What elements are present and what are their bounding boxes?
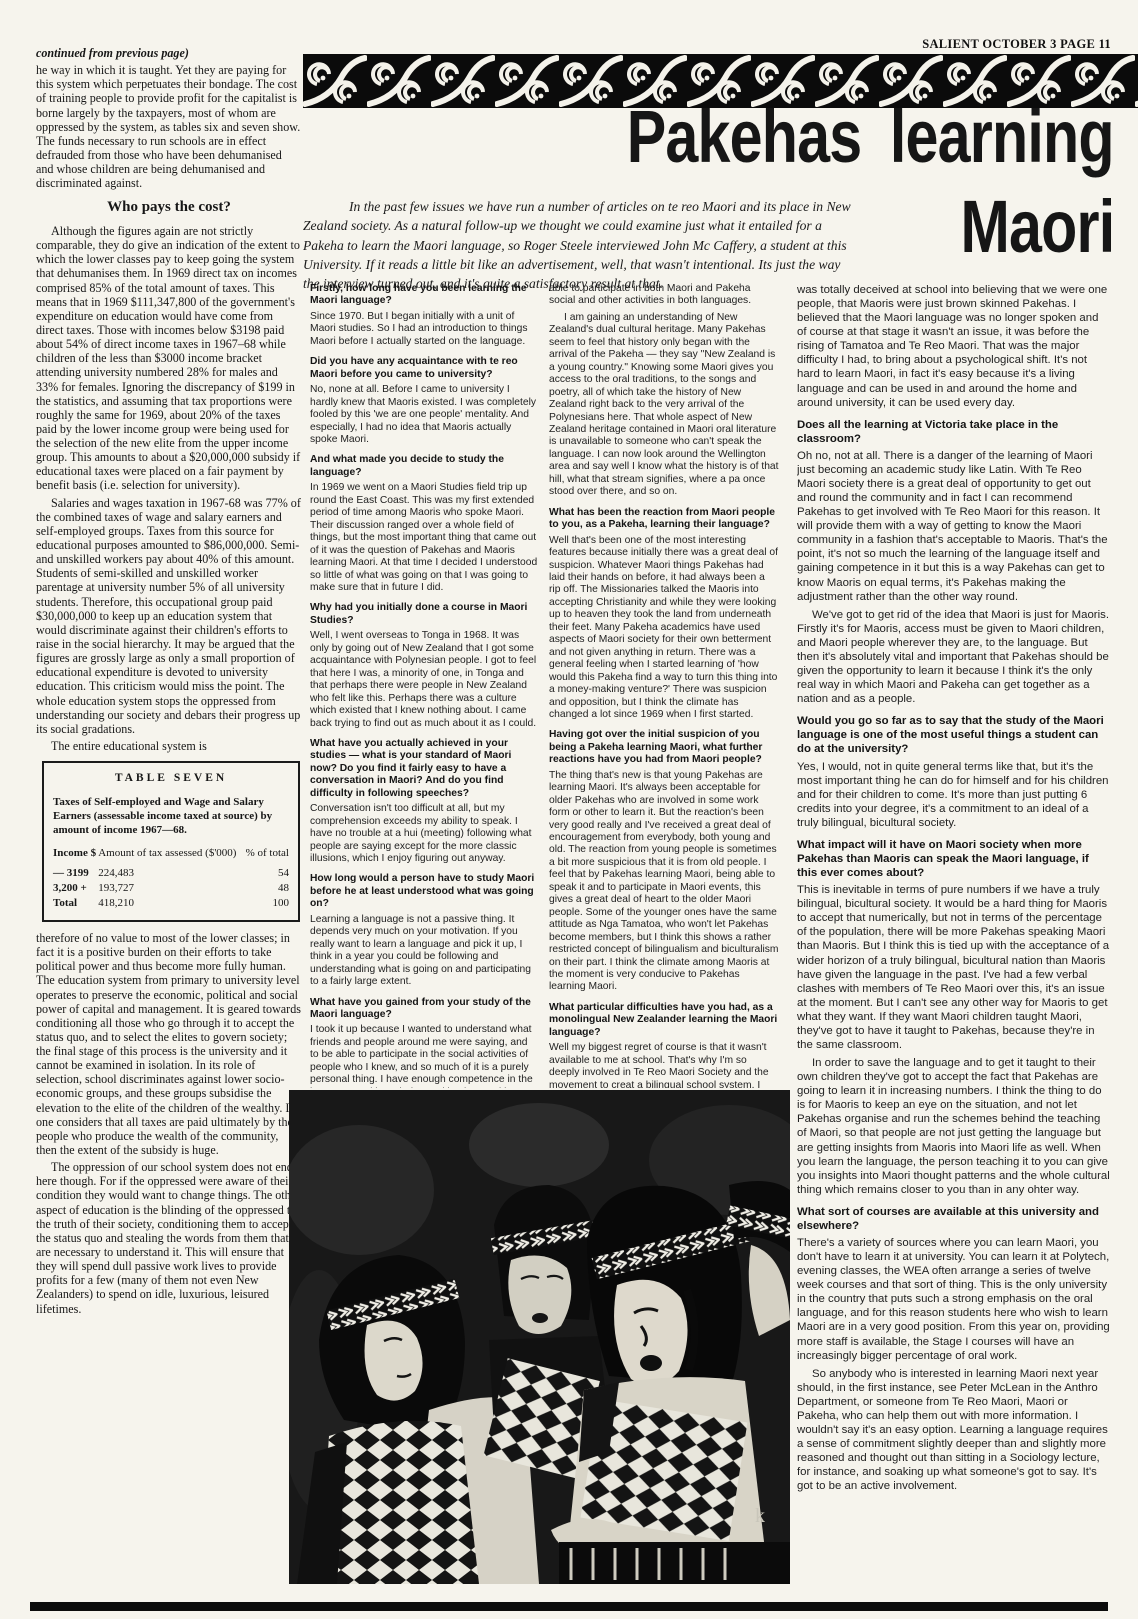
answer-text: I am gaining an understanding of New Zea… [549,312,779,499]
answer-text: In 1969 we went on a Maori Studies field… [310,482,538,594]
answer-text: Yes, I would, not in quite general terms… [797,760,1110,830]
answer-text: I took it up because I wanted to underst… [310,1024,538,1088]
table-cell: — 3199 [53,866,98,881]
left-paragraph: he way in which it is taught. Yet they a… [36,63,302,190]
table-header-cell: Income $ [53,847,98,867]
question-text: Did you have any acquaintance with te re… [310,356,538,381]
question-text: Having got over the initial suspicion of… [549,729,779,766]
table-cell: 193,727 [98,881,243,896]
answer-text: Oh no, not at all. There is a danger of … [797,449,1110,604]
headline-line2: Maori [960,190,1114,264]
answer-text: able to participate in both Maori and Pa… [549,283,779,308]
answer-text: Since 1970. But I began initially with a… [310,311,538,348]
question-text: What impact will it have on Maori societ… [797,838,1110,880]
answer-text: We've got to get rid of the idea that Ma… [797,608,1110,707]
table-row: Total418,210100 [53,896,289,911]
table-cell: 224,483 [98,866,243,881]
question-text: Firstly, how long have you been learning… [310,283,538,308]
question-text: Why had you initially done a course in M… [310,602,538,627]
answer-text: Well that's been one of the most interes… [549,535,779,722]
table-cell: Total [53,896,98,911]
section-heading: Who pays the cost? [36,199,302,217]
table-cell: 54 [243,866,289,881]
question-text: How long would a person have to study Ma… [310,873,538,910]
answer-text: Well, I went overseas to Tonga in 1968. … [310,630,538,730]
answer-text: was totally deceived at school into beli… [797,283,1110,410]
photo-maori-performers: k [289,1090,790,1584]
table-seven: TABLE SEVENTaxes of Self-employed and Wa… [42,761,300,922]
left-paragraph: therefore of no value to most of the low… [36,931,302,1157]
table-header-cell: % of total [243,847,289,867]
table-title: TABLE SEVEN [53,772,289,785]
table-cell: 48 [243,881,289,896]
table-cell: 100 [243,896,289,911]
left-paragraph: Salaries and wages taxation in 1967-68 w… [36,496,302,736]
answer-text: Conversation isn't too difficult at all,… [310,803,538,865]
table-row: 3,200 +193,72748 [53,881,289,896]
left-paragraph: The entire educational system is [36,739,302,753]
answer-text: In order to save the language and to get… [797,1056,1110,1197]
table-row: — 3199224,48354 [53,866,289,881]
answer-text: Well my biggest regret of course is that… [549,1042,779,1088]
table-header-row: Income $Amount of tax assessed ($'000)% … [53,847,289,867]
question-text: Would you go so far as to say that the s… [797,714,1110,756]
photo-signature: k [755,1505,765,1527]
question-text: And what made you decide to study the la… [310,454,538,479]
question-text: What particular difficulties have you ha… [549,1002,779,1039]
bottom-rule [30,1602,1108,1611]
newspaper-page: SALIENT OCTOBER 3 PAGE 11 Pakehas learni… [0,0,1138,1619]
article-intro: In the past few issues we have run a num… [303,197,859,293]
answer-text: There's a variety of sources where you c… [797,1236,1110,1363]
answer-text: Learning a language is not a passive thi… [310,914,538,989]
masthead: SALIENT OCTOBER 3 PAGE 11 [922,37,1111,52]
question-text: What sort of courses are available at th… [797,1205,1110,1233]
answer-text: The thing that's new is that young Pakeh… [549,770,779,994]
question-text: What have you actually achieved in your … [310,738,538,800]
answer-text: So anybody who is interested in learning… [797,1367,1110,1494]
question-text: What has been the reaction from Maori pe… [549,507,779,532]
left-paragraph: The oppression of our school system does… [36,1160,302,1316]
answer-text: This is inevitable in terms of pure numb… [797,883,1110,1052]
table-header-cell: Amount of tax assessed ($'000) [98,847,243,867]
interview-column-1: Firstly, how long have you been learning… [310,283,538,1088]
headline-line1: Pakehas learning [627,100,1114,174]
table-caption: Taxes of Self-employed and Wage and Sala… [53,795,289,838]
left-column: continued from previous page)he way in w… [36,46,302,1602]
continued-note: continued from previous page) [36,46,302,60]
question-text: What have you gained from your study of … [310,997,538,1022]
answer-text: No, none at all. Before I came to univer… [310,384,538,446]
left-paragraph: Although the figures again are not stric… [36,224,302,493]
table-cell: 3,200 + [53,881,98,896]
question-text: Does all the learning at Victoria take p… [797,418,1110,446]
table-cell: 418,210 [98,896,243,911]
interview-column-2: able to participate in both Maori and Pa… [549,283,779,1088]
interview-column-3: was totally deceived at school into beli… [797,283,1110,1593]
photo-illustration-svg: k [289,1090,790,1584]
table-grid: Income $Amount of tax assessed ($'000)% … [53,847,289,911]
